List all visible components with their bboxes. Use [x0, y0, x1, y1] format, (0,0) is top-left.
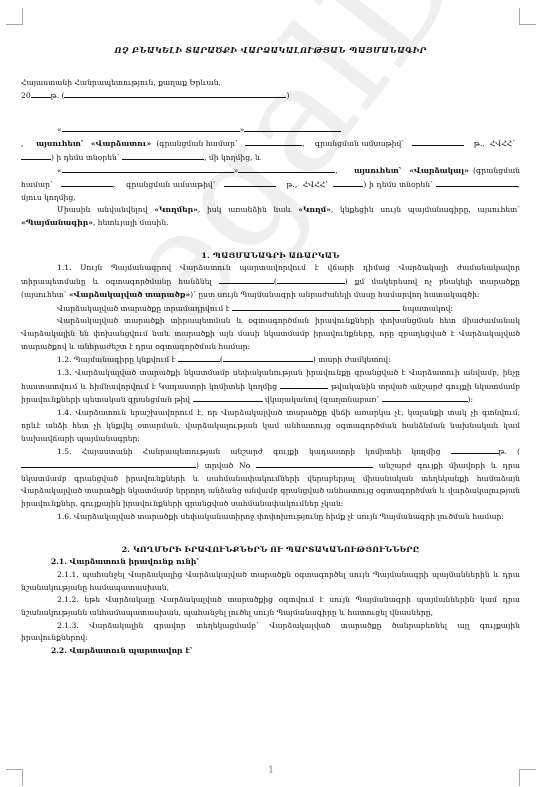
- section-heading: 1. ՊԱՅՄԱՆԱԳՐԻ ԱՌԱՐԿԱՆ: [21, 250, 520, 263]
- document-title: ՈՉ ԲՆԱԿԵԼԻ ՏԱՐԱԾՔԻ ՎԱՐՁԱԿԱԼՈՒԹՅԱՆ ՊԱՅՄԱՆ…: [21, 44, 520, 57]
- clause-2-1-3: 2.1.3. Վարձակալին գրավոր տեղեկացմամբ՝ Վա…: [21, 620, 520, 645]
- clause-purpose: Վարձակալված տարածքը տրամադրվում է նպատակ…: [21, 302, 520, 316]
- clause-1-1: 1.1. Սույն Պայմանագրով Վարձատուն պարտավո…: [21, 262, 520, 301]
- blank-field[interactable]: [451, 445, 499, 454]
- blank-field[interactable]: [244, 123, 341, 132]
- blank-field[interactable]: [382, 393, 468, 402]
- tenant-paragraph: «», այսուհետ՝ «Վարձակալ» (գրանցման համար…: [21, 164, 520, 204]
- date-line: 20թ. (): [21, 89, 520, 103]
- blank-field[interactable]: [64, 89, 286, 98]
- blank-field[interactable]: [62, 123, 240, 132]
- blank-field[interactable]: [256, 459, 373, 468]
- page-corner-mark: [519, 8, 536, 25]
- clause-2-1-2: 2.1.2. եթե Վարձակալը Վարձակալված տարածքի…: [21, 594, 520, 619]
- blank-field[interactable]: [224, 178, 276, 187]
- sub-heading-2-1: 2.1. Վարձատուն իրավունք ունի՝: [21, 556, 520, 569]
- blank-field[interactable]: [277, 275, 345, 284]
- blank-field[interactable]: [21, 151, 51, 160]
- blank-field[interactable]: [219, 275, 274, 284]
- blank-field[interactable]: [333, 178, 363, 187]
- page-corner-mark: [6, 8, 23, 25]
- tenant-label: «Վարձակալ»: [409, 166, 469, 175]
- section-heading: 2. ԿՈՂՄԵՐԻ ԻՐԱՎՈՒՆՔՆԵՐՆ ՈՒ ՊԱՐՏԱԿԱՆՈՒԹՅՈ…: [21, 544, 520, 557]
- landlord-label: «Վարձատու»: [91, 139, 151, 148]
- clause-1-5: 1.5. Հայաստանի Հանրապետության անշարժ գու…: [21, 445, 520, 511]
- sub-heading-2-2: 2.2. Վարձատուն պարտավոր է՝: [21, 645, 520, 658]
- clause-1-3: 1.3. Վարձակալված տարածքի նկատմամբ սեփակա…: [21, 367, 520, 407]
- blank-field[interactable]: [436, 178, 518, 187]
- clause-1-2: 1.2. Պայմանագիրը կնքվում է () տարի ժամկե…: [21, 353, 520, 367]
- clause-1-4: 1.4. Վարձատուն երաշխավորում է, որ Վարձակ…: [21, 407, 520, 445]
- blank-field[interactable]: [280, 380, 328, 389]
- blank-field[interactable]: [245, 137, 302, 146]
- blank-field[interactable]: [238, 164, 335, 173]
- blank-field[interactable]: [193, 393, 263, 402]
- blank-field[interactable]: [31, 89, 51, 98]
- landlord-paragraph: «», այսուհետ՝ «Վարձատու» (գրանցման համար…: [21, 123, 520, 164]
- blank-field[interactable]: [61, 178, 113, 187]
- clause-2-1-1: 2.1.1. պահանջել Վարձակալից Վարձակալված տ…: [21, 569, 520, 594]
- clause-rights: Վարձակալված տարածքի տիրապետման և օգտագոր…: [21, 315, 520, 353]
- clause-1-6: 1.6. Վարձակալված տարածքի սեփականատիրոջ փ…: [21, 511, 520, 524]
- page-number: 1: [0, 765, 542, 776]
- together-paragraph: Միասին անվանվելով «Կողմեր», իսկ առանձին …: [21, 204, 520, 229]
- place-line: Հայաստանի Հանրապետություն, քաղաք Երևան,: [21, 77, 520, 90]
- blank-field[interactable]: [412, 137, 464, 146]
- blank-field[interactable]: [122, 151, 204, 160]
- document-page: LegalDocs ՈՉ ԲՆԱԿԵԼԻ ՏԱՐԱԾՔԻ ՎԱՐՁԱԿԱԼՈՒԹ…: [0, 0, 542, 787]
- blank-field[interactable]: [232, 302, 400, 311]
- blank-field[interactable]: [223, 353, 313, 362]
- blank-field[interactable]: [178, 353, 220, 362]
- blank-field[interactable]: [62, 164, 234, 173]
- document-body[interactable]: ՈՉ ԲՆԱԿԵԼԻ ՏԱՐԱԾՔԻ ՎԱՐՁԱԿԱԼՈՒԹՅԱՆ ՊԱՅՄԱՆ…: [21, 44, 520, 658]
- blank-field[interactable]: [21, 459, 196, 468]
